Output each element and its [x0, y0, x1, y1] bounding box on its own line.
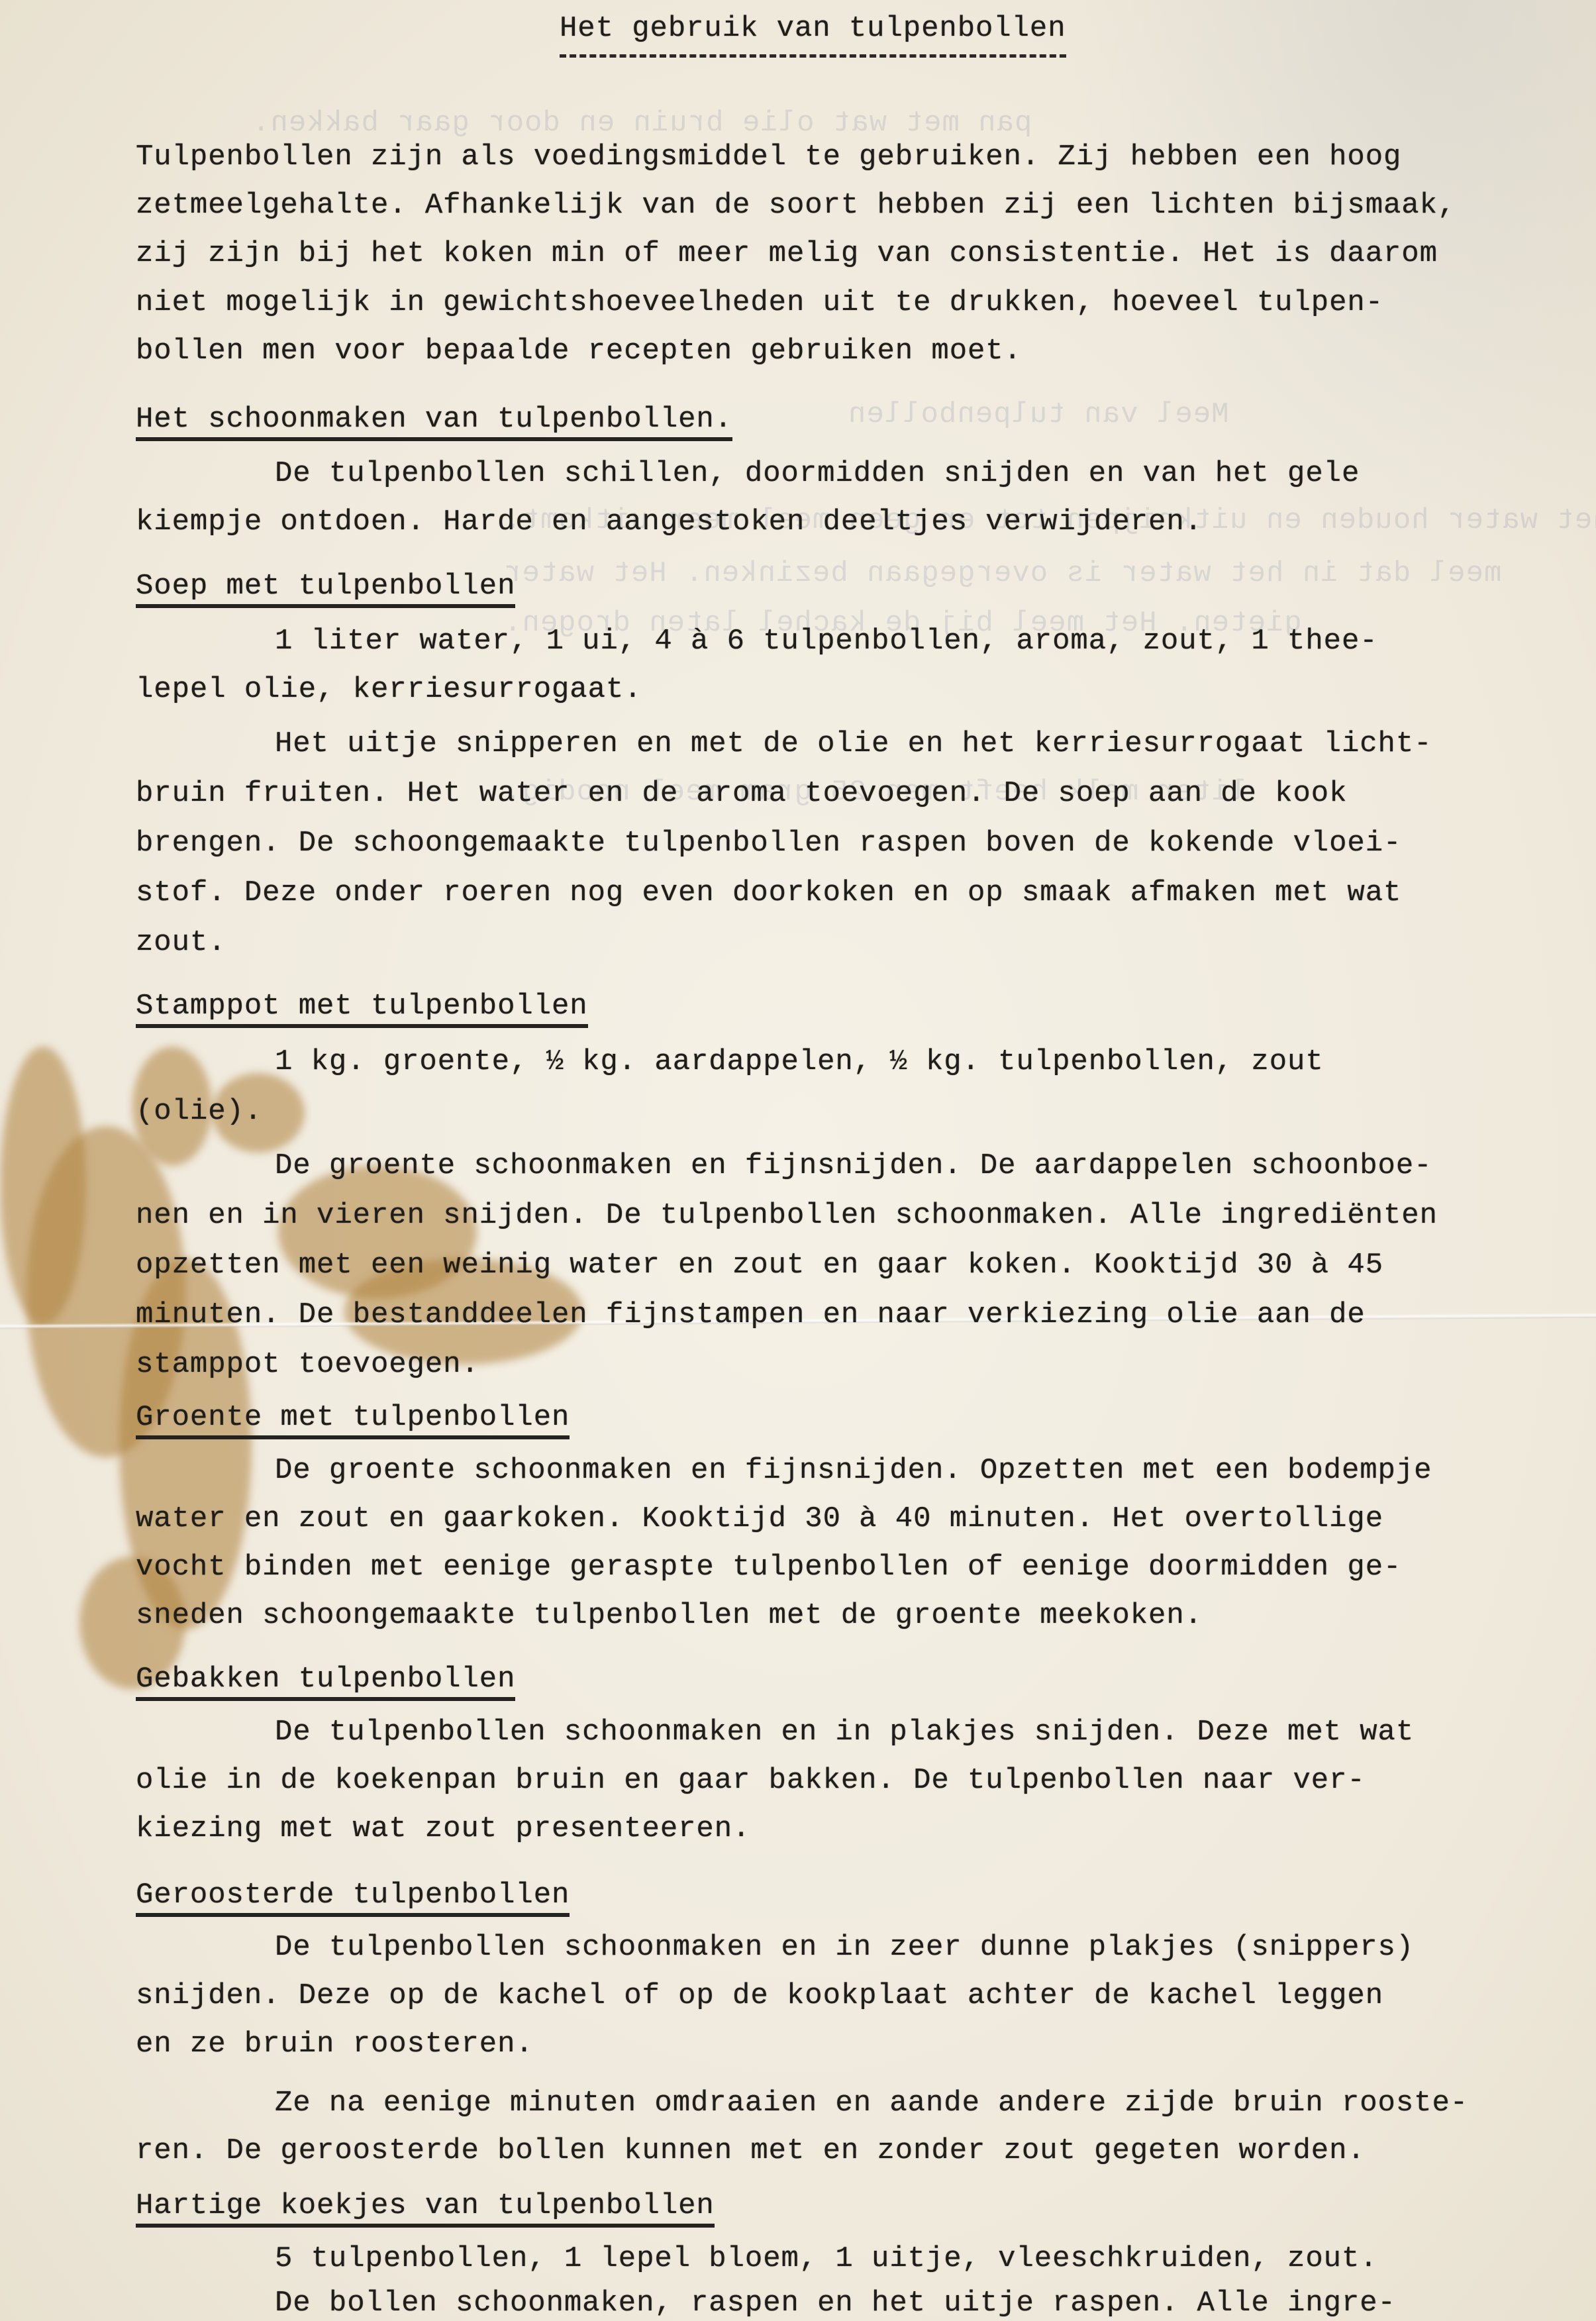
text-line: ren. De geroosterde bollen kunnen met en…: [136, 2134, 1366, 2167]
text-line: kiezing met wat zout presenteeren.: [136, 1812, 750, 1845]
section-heading: Groente met tulpenbollen: [136, 1401, 570, 1439]
text-line: (olie).: [136, 1095, 262, 1128]
text-line: stof. Deze onder roeren nog even doorkok…: [136, 876, 1401, 909]
text-line: De bollen schoonmaken, raspen en het uit…: [275, 2287, 1396, 2320]
section-heading: Hartige koekjes van tulpenbollen: [136, 2189, 715, 2228]
intro-line: zij zijn bij het koken min of meer melig…: [136, 237, 1438, 270]
text-line: bruin fruiten. Het water en de aroma toe…: [136, 777, 1347, 810]
text-line: kiempje ontdoen. Harde en aangestoken de…: [136, 505, 1203, 539]
text-line: minuten. De bestanddeelen fijnstampen en…: [136, 1298, 1366, 1331]
intro-line: Tulpenbollen zijn als voedingsmiddel te …: [136, 140, 1401, 174]
text-line: opzetten met een weinig water en zout en…: [136, 1249, 1383, 1282]
text-line: stamppot toevoegen.: [136, 1348, 479, 1381]
text-line: lepel olie, kerriesurrogaat.: [136, 673, 642, 706]
text-line: De tulpenbollen schillen, doormidden sni…: [275, 457, 1360, 490]
section-heading: Gebakken tulpenbollen: [136, 1663, 515, 1701]
text-line: en ze bruin roosteren.: [136, 2028, 534, 2061]
text-line: water en zout en gaarkoken. Kooktijd 30 …: [136, 1502, 1383, 1535]
text-line: vocht binden met eenige geraspte tulpenb…: [136, 1551, 1401, 1584]
text-line: De groente schoonmaken en fijnsnijden. O…: [275, 1454, 1432, 1487]
text-line: zout.: [136, 926, 226, 959]
intro-line: zetmeelgehalte. Afhankelijk van de soort…: [136, 189, 1456, 222]
text-line: snijden. Deze op de kachel of op de kook…: [136, 1979, 1383, 2012]
text-line: De tulpenbollen schoonmaken en in plakje…: [275, 1716, 1414, 1749]
text-line: Ze na eenige minuten omdraaien en aande …: [275, 2087, 1468, 2120]
intro-line: bollen men voor bepaalde recepten gebrui…: [136, 335, 1022, 368]
text-line: De groente schoonmaken en fijnsnijden. D…: [275, 1149, 1432, 1182]
text-line: nen en in vieren snijden. De tulpenbolle…: [136, 1199, 1438, 1232]
section-heading: Het schoonmaken van tulpenbollen.: [136, 403, 732, 441]
show-through-line: Meel van tulpenbollen: [848, 391, 1229, 439]
section-heading: Geroosterde tulpenbollen: [136, 1879, 570, 1917]
section-heading: Stamppot met tulpenbollen: [136, 990, 588, 1028]
show-through-line: meel dat in het water is overgegaan bezi…: [503, 550, 1501, 598]
text-line: De tulpenbollen schoonmaken en in zeer d…: [275, 1931, 1414, 1964]
text-line: brengen. De schoongemaakte tulpenbollen …: [136, 827, 1401, 860]
paper-sheet: pan met wat olie bruin en door gaar bakk…: [0, 0, 1596, 2321]
section-heading: Soep met tulpenbollen: [136, 570, 515, 608]
text-line: Het uitje snipperen en met de olie en he…: [275, 727, 1432, 760]
text-line: olie in de koekenpan bruin en gaar bakke…: [136, 1764, 1366, 1797]
text-line: 1 liter water, 1 ui, 4 à 6 tulpenbollen,…: [275, 625, 1378, 658]
page-title: Het gebruik van tulpenbollen: [560, 12, 1066, 58]
text-line: 5 tulpenbollen, 1 lepel bloem, 1 uitje, …: [275, 2242, 1378, 2275]
text-line: 1 kg. groente, ½ kg. aardappelen, ½ kg. …: [275, 1045, 1324, 1078]
text-line: sneden schoongemaakte tulpenbollen met d…: [136, 1599, 1203, 1632]
intro-line: niet mogelijk in gewichtshoeveelheden ui…: [136, 286, 1383, 319]
